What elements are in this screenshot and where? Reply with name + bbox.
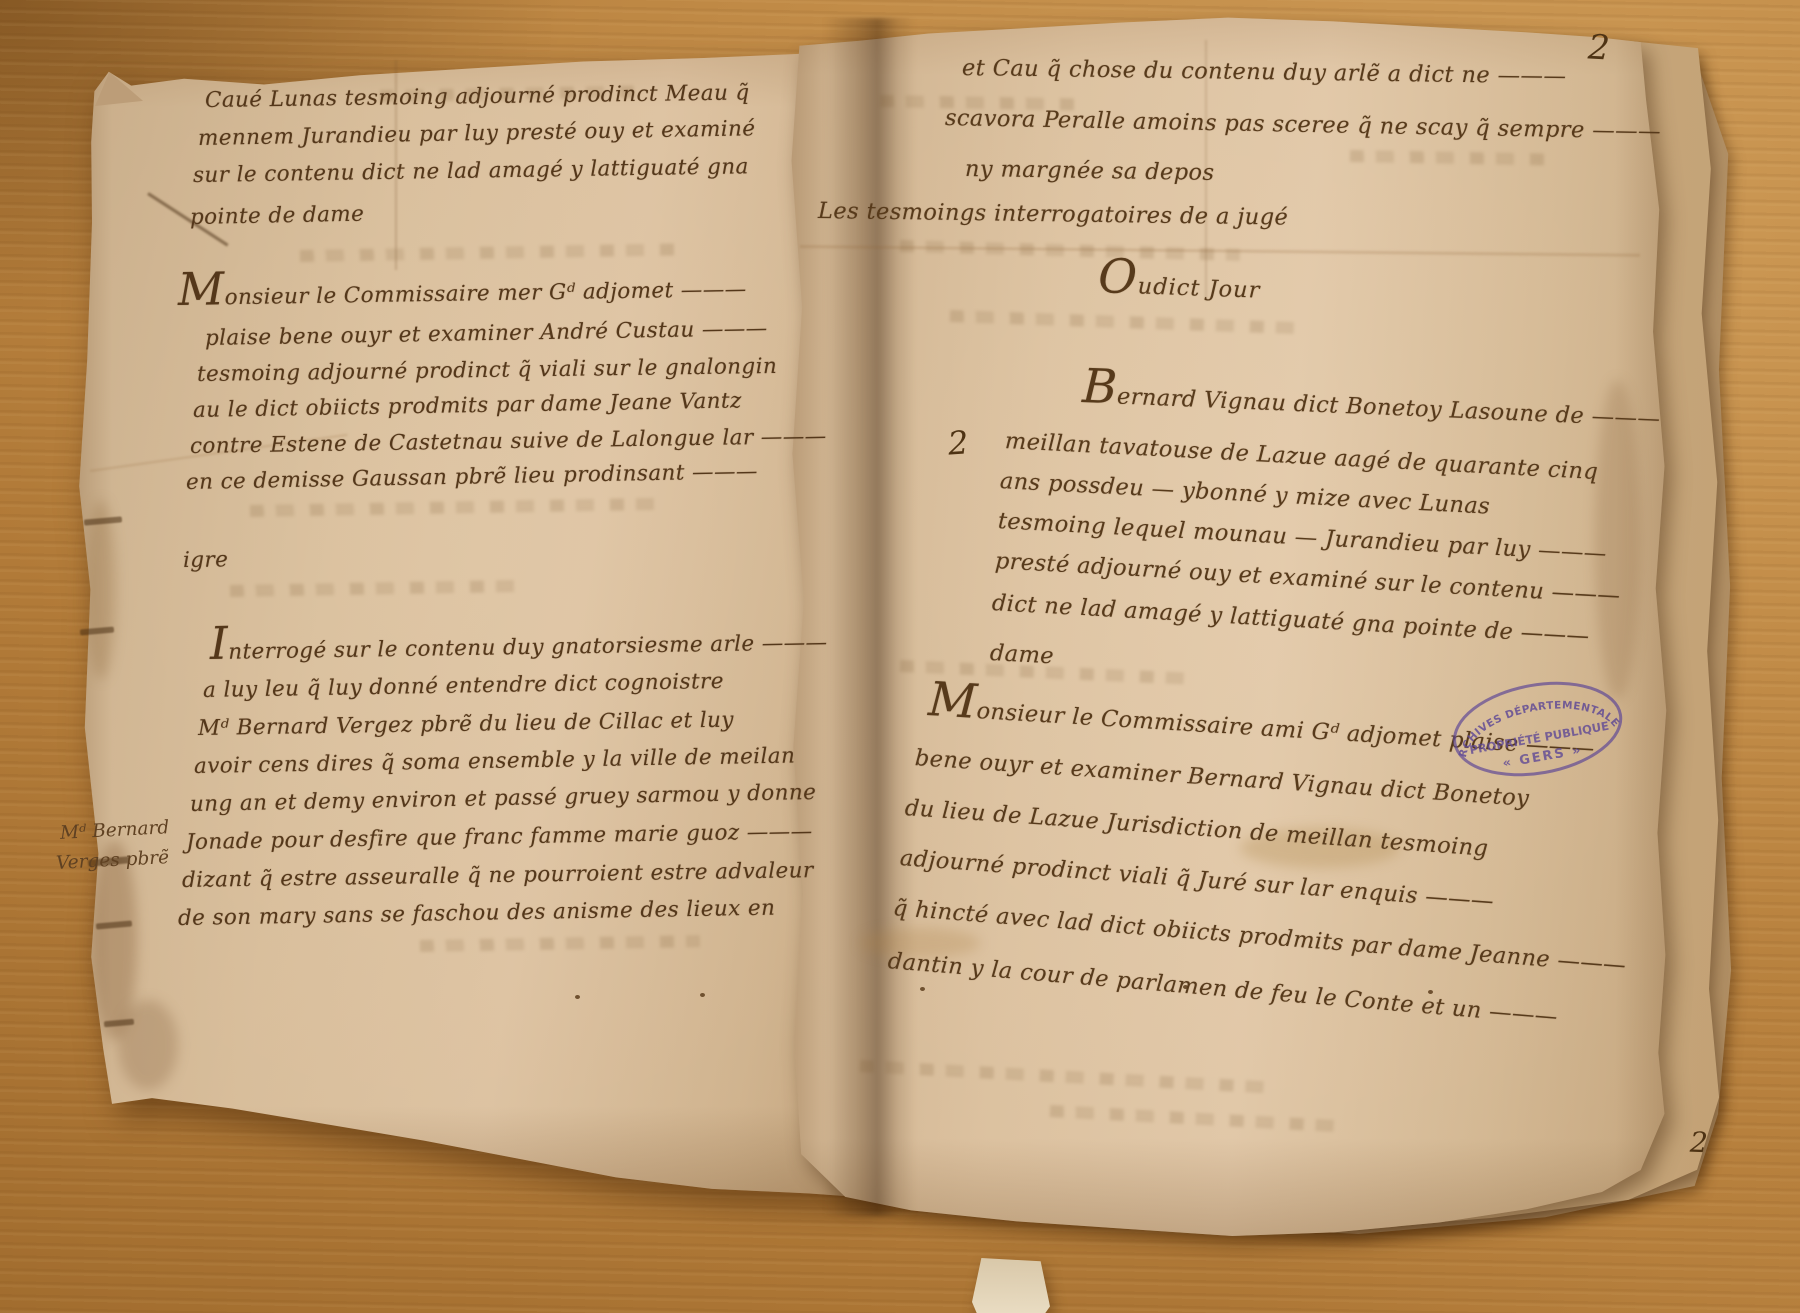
witness-number: 2 <box>947 423 970 462</box>
speck <box>700 993 705 997</box>
speck <box>920 987 925 991</box>
manuscript-photo: Caué Lunas tesmoing adjourné prodinct Me… <box>0 0 1800 1313</box>
manuscript-line: igre <box>183 547 229 573</box>
folio-number-top: 2 <box>1587 27 1611 68</box>
speck <box>575 995 580 999</box>
section-heading: Oudict Jour <box>1098 272 1261 304</box>
manuscript-line: dame <box>989 640 1054 669</box>
paper-tab <box>972 1258 1050 1313</box>
folio-number-bottom: 2 <box>1689 1126 1708 1160</box>
manuscript-line: ny margnée sa depos <box>965 156 1215 186</box>
stain <box>118 1000 178 1090</box>
manuscript-line: pointe de dame <box>190 202 365 230</box>
stain <box>86 500 116 680</box>
